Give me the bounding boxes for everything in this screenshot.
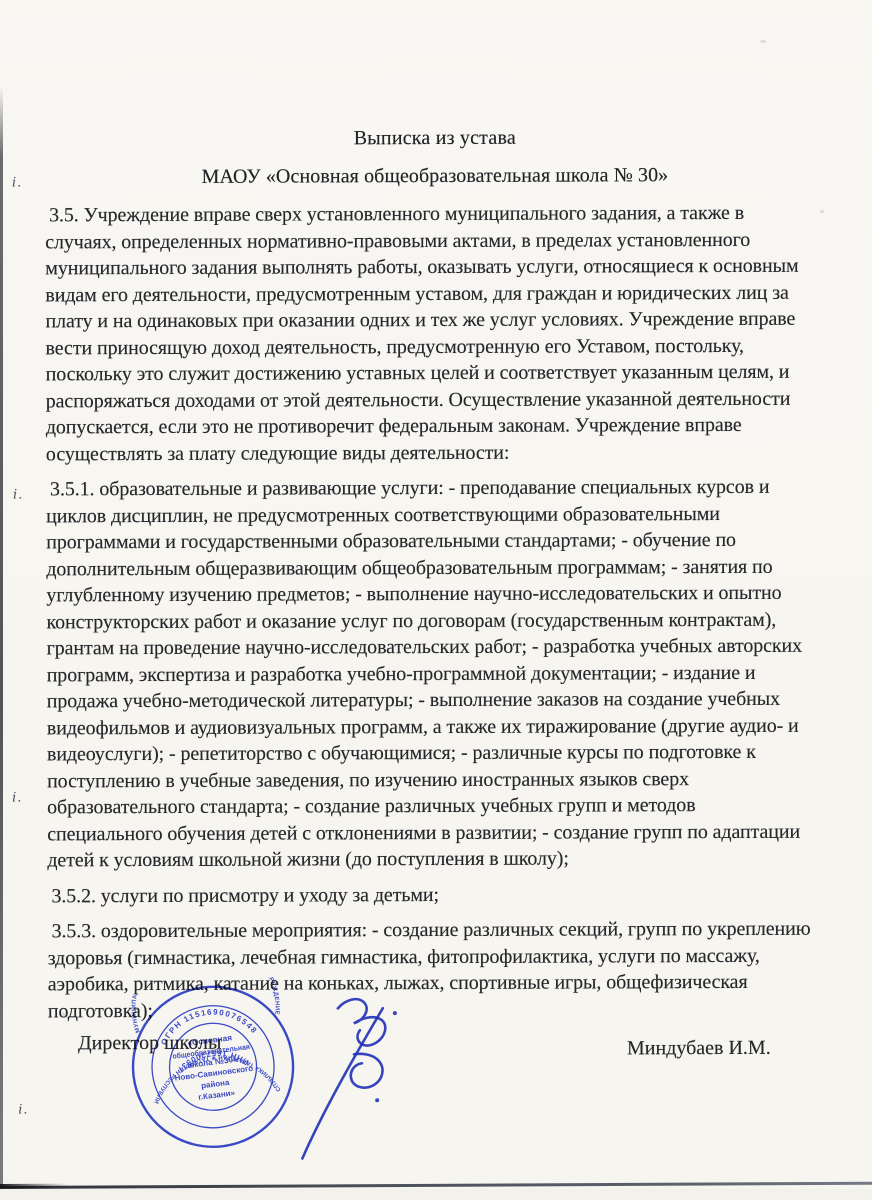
scan-speckle: [760, 40, 766, 43]
scan-left-edge: [0, 86, 3, 1190]
scan-speckle: [62, 1012, 65, 1017]
scan-speckle: [820, 210, 824, 213]
scanned-document-page: Выписка из устава МАОУ «Основная общеобр…: [0, 0, 872, 1200]
document-content: Выписка из устава МАОУ «Основная общеобр…: [0, 0, 872, 1200]
scan-speckle: [57, 296, 62, 299]
director-signature-ink: [0, 0, 872, 1200]
scanner-bed-area: [0, 1189, 872, 1200]
